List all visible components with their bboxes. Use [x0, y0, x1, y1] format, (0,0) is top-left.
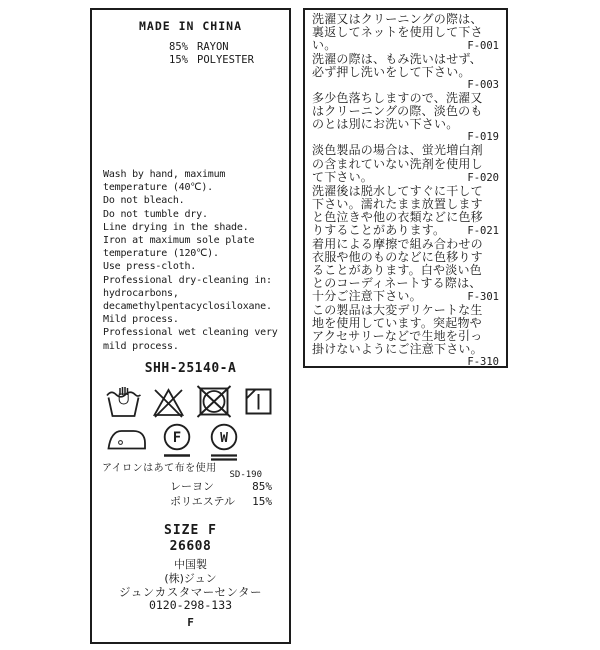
composition-jp-material: ポリエステル [170, 495, 235, 510]
washing-note-line: 下さい。濡れたまま放置します [312, 198, 499, 211]
washing-note-text: い。 [312, 39, 336, 52]
washing-note-line: 十分ご注意下さい。 F-301 [312, 290, 499, 304]
iron-low-temp-icon [107, 423, 147, 454]
ironing-note: アイロンはあて布を使用 [102, 459, 217, 474]
washing-note-text: 十分ご注意下さい。 [312, 290, 422, 303]
care-instruction-line: decamethylpentacyclosiloxane. [103, 300, 287, 313]
washing-note-text: 衣服や他のものなどに色移りす [312, 251, 483, 264]
professional-wet-clean-W-icon: W [207, 423, 241, 463]
care-instruction-line: Mild process. [103, 313, 287, 326]
origin-text: MADE IN CHINA [92, 19, 289, 33]
washing-note-text: 裏返してネットを使用して下さ [312, 26, 483, 39]
washing-note-text: て下さい。 [312, 171, 373, 184]
composition-en-row: 85% RAYON [152, 41, 254, 54]
care-instruction-line: Wash by hand, maximum [103, 168, 287, 181]
line-dry-in-shade-icon [242, 385, 275, 418]
fabric-code: SD-190 [229, 470, 262, 480]
composition-material: POLYESTER [197, 54, 254, 67]
care-instruction-line: Line drying in the shade. [103, 221, 287, 234]
washing-note-line: のとは別にお洗い下さい。 [312, 118, 499, 131]
care-instruction-line: temperature (40℃). [103, 181, 287, 194]
washing-note-line: 裏返してネットを使用して下さ [312, 26, 499, 39]
washing-note-text: 洗濯後は脱水してすぐに干して [312, 185, 483, 198]
care-instructions-en: Wash by hand, maximum temperature (40℃).… [103, 168, 287, 353]
care-instruction-line: Do not bleach. [103, 194, 287, 207]
washing-note-text: ることがあります。白や淡い色 [312, 264, 482, 277]
washing-note-code: F-020 [467, 172, 499, 185]
composition-material: RAYON [197, 41, 229, 54]
washing-note-line: 掛けないようにご注意下さい。 [312, 343, 499, 356]
washing-notes-label: 洗濯又はクリーニングの際は、 裏返してネットを使用して下さ い。 F-001 洗… [303, 8, 508, 368]
wet-clean-letter: W [220, 431, 228, 446]
care-instruction-line: Professional wet cleaning very [103, 326, 287, 339]
washing-note-text: 下さい。濡れたまま放置します [312, 198, 483, 211]
washing-note-line: 着用による摩擦で組み合わせの [312, 238, 499, 251]
composition-pct: 85% [152, 41, 188, 54]
washing-note-text: 掛けないようにご注意下さい。 [312, 343, 483, 356]
composition-jp-row: レーヨン 85% [170, 480, 272, 495]
washing-note-text: 必ず押し洗いをして下さい。 [312, 66, 471, 79]
washing-note-line: 衣服や他のものなどに色移りす [312, 251, 499, 264]
washing-note-text: のとは別にお洗い下さい。 [312, 118, 458, 131]
washing-note-code: F-021 [467, 225, 499, 238]
washing-note-line: 淡色製品の場合は、蛍光増白剤 [312, 144, 499, 157]
size-bottom: F [92, 616, 289, 629]
care-instruction-line: Do not tumble dry. [103, 208, 287, 221]
washing-note-text: の含まれていない洗剤を使用し [312, 158, 483, 171]
care-instruction-line: mild process. [103, 340, 287, 353]
washing-note-line: ることがあります。白や淡い色 [312, 264, 499, 277]
washing-note-text: 着用による摩擦で組み合わせの [312, 238, 483, 251]
care-symbols-row-2: F W [107, 423, 241, 463]
washing-note-text: りすることがあります。 [312, 224, 445, 237]
washing-note-line: 必ず押し洗いをして下さい。 [312, 66, 499, 79]
care-instruction-line: temperature (120℃). [103, 247, 287, 260]
composition-jp: レーヨン 85% ポリエステル 15% [170, 480, 272, 509]
care-instruction-line: hydrocarbons, [103, 287, 287, 300]
professional-dry-clean-F-icon: F [160, 423, 194, 460]
care-symbols-row-1 [105, 385, 275, 418]
main-care-label: MADE IN CHINA 85% RAYON 15% POLYESTER Wa… [90, 8, 291, 644]
washing-note-line: 洗濯後は脱水してすぐに干して [312, 185, 499, 198]
style-code: SHH-25140-A [92, 361, 289, 376]
composition-jp-row: ポリエステル 15% [170, 495, 272, 510]
do-not-tumble-dry-icon [195, 385, 233, 418]
care-instruction-line: Iron at maximum sole plate [103, 234, 287, 247]
care-instruction-line: Professional dry-cleaning in: [103, 274, 287, 287]
composition-pct: 15% [152, 54, 188, 67]
washing-note-line: と色泣きや他の衣類などに色移 [312, 211, 499, 224]
composition-en-row: 15% POLYESTER [152, 54, 254, 67]
size-label: SIZE F [92, 523, 289, 538]
dry-clean-letter: F [173, 430, 181, 446]
customer-phone: 0120-298-133 [92, 598, 289, 612]
composition-jp-pct: 15% [252, 495, 272, 510]
washing-note-line: て下さい。 F-020 [312, 171, 499, 185]
composition-jp-material: レーヨン [170, 480, 214, 495]
do-not-bleach-icon [151, 385, 186, 418]
composition-jp-pct: 85% [252, 480, 272, 495]
washing-note-line: の含まれていない洗剤を使用し [312, 158, 499, 171]
hand-wash-icon [105, 385, 142, 418]
washing-note-text: 淡色製品の場合は、蛍光増白剤 [312, 144, 483, 157]
composition-en: 85% RAYON 15% POLYESTER [152, 41, 254, 67]
product-number: 26608 [92, 539, 289, 554]
care-instruction-line: Use press-cloth. [103, 260, 287, 273]
washing-note-code: F-310 [467, 356, 499, 369]
washing-note-line: F-310 [312, 356, 499, 369]
washing-note-text: と色泣きや他の衣類などに色移 [312, 211, 483, 224]
washing-note-line: りすることがあります。 F-021 [312, 224, 499, 238]
